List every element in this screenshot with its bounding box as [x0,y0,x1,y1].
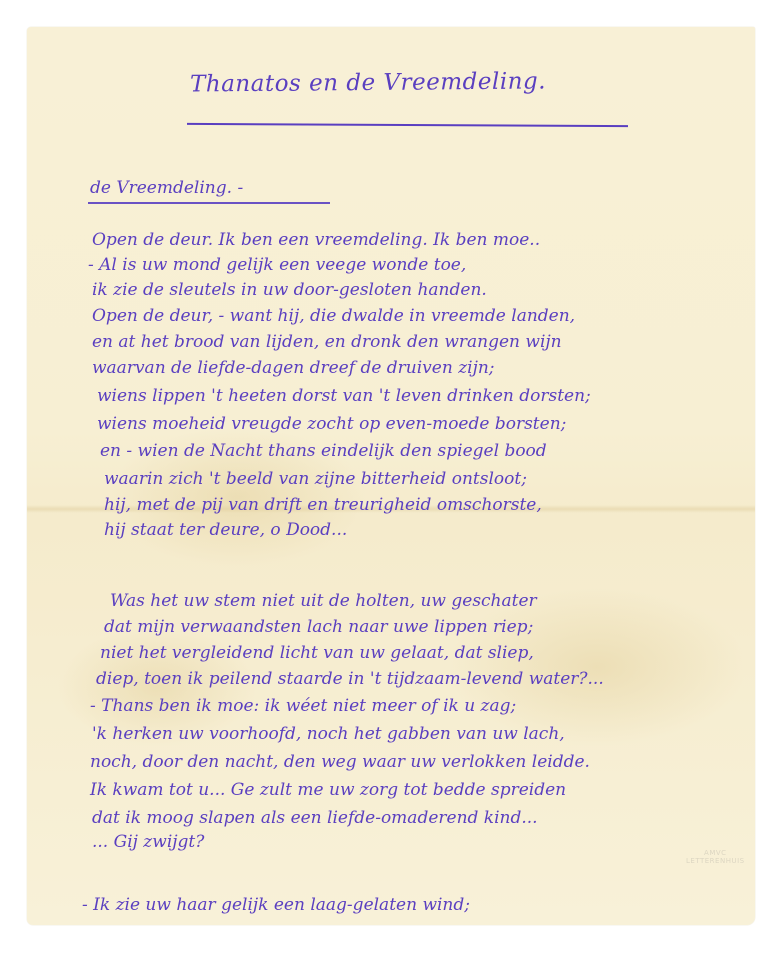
poem-line: dat ik moog slapen als een liefde-omader… [92,810,538,827]
poem-line: wiens moeheid vreugde zocht op even-moed… [97,416,566,433]
manuscript-title: Thanatos en de Vreemdeling. [190,68,546,97]
poem-line: hij, met de pij van drift en treurigheid… [104,497,542,514]
poem-line: - Ik zie uw haar gelijk een laag-gelaten… [82,897,470,914]
poem-line: ik zie de sleutels in uw door-gesloten h… [92,282,487,299]
poem-line: Ik kwam tot u... Ge zult me uw zorg tot … [90,782,566,799]
poem-line: niet het vergleidend licht van uw gelaat… [100,645,534,662]
poem-line: en - wien de Nacht thans eindelijk den s… [100,443,547,460]
archive-stamp: AMVC LETTERENHUIS [686,850,745,865]
poem-line: diep, toen ik peilend staarde in 't tijd… [96,671,604,688]
section-underline [88,202,330,204]
poem-line: ... Gij zwijgt? [92,834,204,851]
poem-line: noch, door den nacht, den weg waar uw ve… [90,754,590,771]
poem-line: wiens lippen 't heeten dorst van 't leve… [97,388,591,405]
poem-line: - Thans ben ik moe: ik wéet niet meer of… [90,698,516,715]
poem-line: Was het uw stem niet uit de holten, uw g… [110,593,537,610]
poem-line: en at het brood van lijden, en dronk den… [92,334,562,351]
poem-line: waarvan de liefde-dagen dreef de druiven… [92,360,495,377]
poem-line: dat mijn verwaandsten lach naar uwe lipp… [104,619,533,636]
poem-line: 'k herken uw voorhoofd, noch het gabben … [92,726,565,743]
poem-line: - Al is uw mond gelijk een veege wonde t… [88,257,466,274]
paper-stain [447,587,747,747]
poem-line: Open de deur, - want hij, die dwalde in … [92,308,575,325]
poem-line: waarin zich 't beeld van zijne bitterhei… [104,471,527,488]
stamp-line: LETTERENHUIS [686,858,745,866]
poem-line: hij staat ter deure, o Dood... [104,522,347,539]
section-heading: de Vreemdeling. - [90,178,243,198]
poem-line: Open de deur. Ik ben een vreemdeling. Ik… [92,232,540,249]
